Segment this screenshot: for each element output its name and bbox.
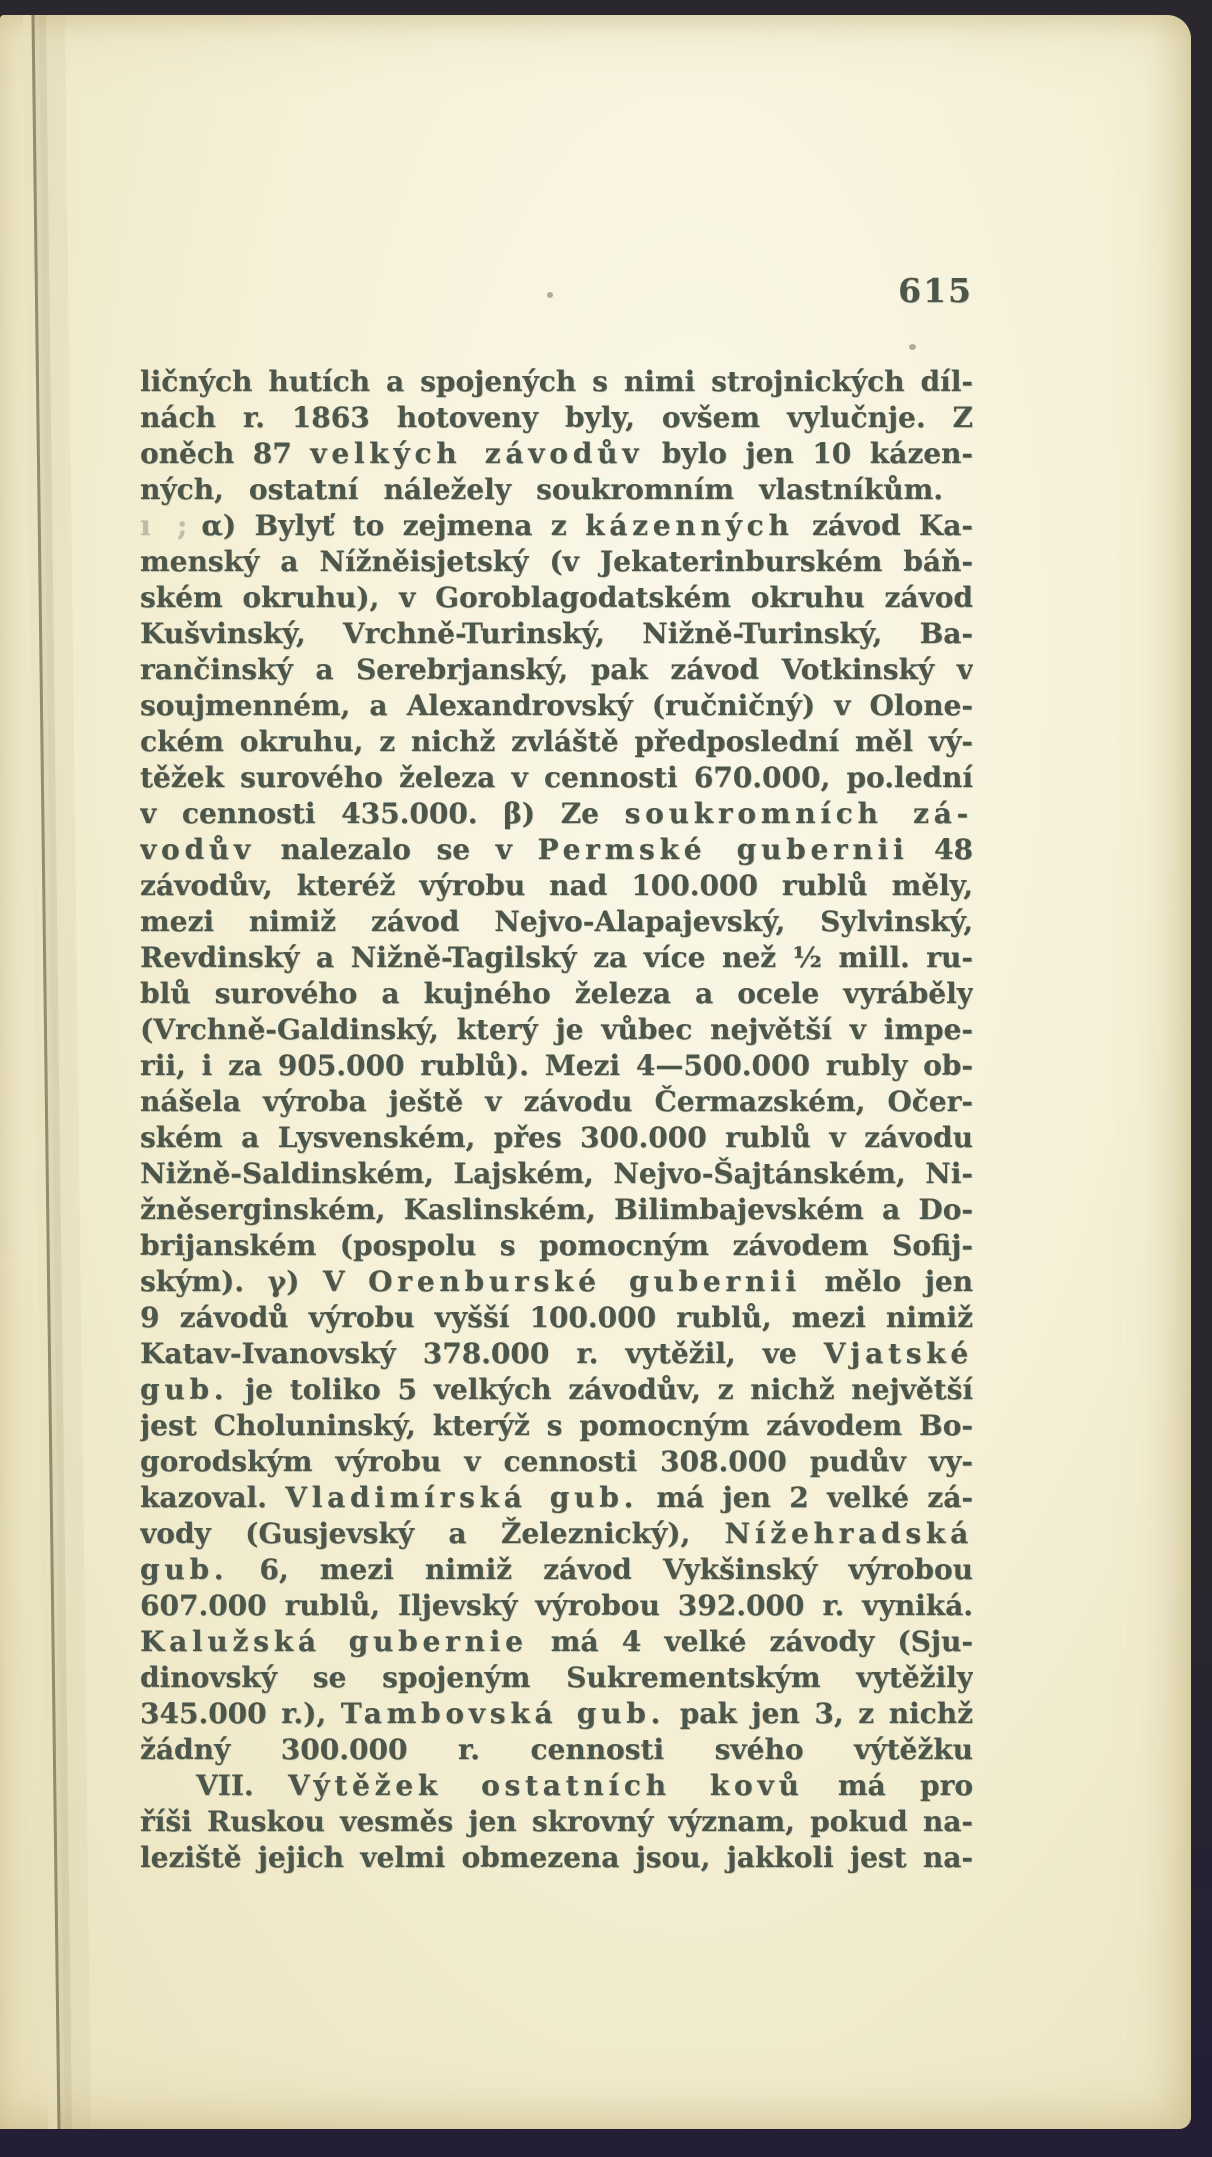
text-block: ličných hutích a spojených s nimi strojn… xyxy=(140,364,973,1876)
text-segment: Revdinský a Nižně-Tagilský za více než ½… xyxy=(140,941,973,974)
text-segment: těžek surového železa v cennosti 670.000… xyxy=(140,761,973,794)
text-segment: ským). γ) V xyxy=(140,1265,368,1298)
text-segment: VII. xyxy=(196,1769,288,1802)
text-line: brijanském (pospolu s pomocným závodem S… xyxy=(140,1228,973,1264)
text-line: dinovský se spojeným Sukrementským vytěž… xyxy=(140,1660,973,1696)
text-segment: závod Ka- xyxy=(794,509,973,542)
text-line: (Vrchně-Galdinský, který je vůbec největ… xyxy=(140,1012,973,1048)
text-line: Revdinský a Nižně-Tagilský za více než ½… xyxy=(140,940,973,976)
letterspaced-text: velkých závodův xyxy=(310,437,643,470)
text-line: gub. 6, mezi nimiž závod Vykšinský výrob… xyxy=(140,1552,973,1588)
text-line: jest Choluninský, kterýž s pomocným závo… xyxy=(140,1408,973,1444)
text-line: Kušvinský, Vrchně-Turinský, Nižně-Turins… xyxy=(140,616,973,652)
text-line: oněch 87 velkých závodův bylo jen 10 káz… xyxy=(140,436,973,472)
print-artifact: ı ; xyxy=(140,509,191,542)
text-segment: 9 závodů výrobu vyšší 100.000 rublů, mez… xyxy=(140,1301,973,1334)
text-segment: mezi nimiž závod Nejvo-Alapajevský, Sylv… xyxy=(140,905,973,938)
text-line: ı ;α) Bylyť to zejmena z kázenných závod… xyxy=(140,508,973,544)
text-segment: 48 xyxy=(908,833,973,866)
letterspaced-text: Vladimírská gub. xyxy=(285,1481,638,1514)
text-segment: Kušvinský, Vrchně-Turinský, Nižně-Turins… xyxy=(140,617,973,650)
letterspaced-text: Permské gubernii xyxy=(538,833,909,866)
text-segment: jest Choluninský, kterýž s pomocným závo… xyxy=(140,1409,973,1442)
text-segment: blů surového a kujného železa a ocele vy… xyxy=(140,977,973,1010)
paper-speck xyxy=(909,344,916,350)
text-segment: ském okruhu), v Goroblagodatském okruhu … xyxy=(140,581,973,614)
text-segment: pak jen 3, z nichž xyxy=(665,1697,973,1730)
text-segment: rii, i za 905.000 rublů). Mezi 4—500.000… xyxy=(140,1049,973,1082)
text-line: Katav-Ivanovský 378.000 r. vytěžil, ve V… xyxy=(140,1336,973,1372)
text-segment: má jen 2 velké zá- xyxy=(638,1481,973,1514)
text-segment: bylo jen 10 kázen- xyxy=(643,437,973,470)
text-segment: Katav-Ivanovský 378.000 r. vytěžil, ve xyxy=(140,1337,824,1370)
text-line: nách r. 1863 hotoveny byly, ovšem vylučn… xyxy=(140,400,973,436)
text-segment: rančinský a Serebrjanský, pak závod Votk… xyxy=(140,653,973,686)
text-segment: α) Bylyť to zejmena z xyxy=(201,509,585,542)
paper-speck xyxy=(547,292,553,298)
text-segment: (Vrchně-Galdinský, který je vůbec největ… xyxy=(140,1013,973,1046)
text-segment: dinovský se spojeným Sukrementským vytěž… xyxy=(140,1661,973,1694)
letterspaced-text: kázenných xyxy=(585,509,794,542)
text-segment: ných, ostatní náležely soukromním vlastn… xyxy=(140,473,943,506)
text-line: mezi nimiž závod Nejvo-Alapajevský, Sylv… xyxy=(140,904,973,940)
text-line: říši Ruskou vesměs jen skrovný význam, p… xyxy=(140,1804,973,1840)
text-segment: mělo jen xyxy=(801,1265,973,1298)
letterspaced-text: Nížehradská xyxy=(725,1517,973,1550)
text-segment: 607.000 rublů, Iljevský výrobou 392.000 … xyxy=(140,1589,973,1622)
text-segment: ličných hutích a spojených s nimi strojn… xyxy=(140,365,973,398)
text-segment: žádný 300.000 r. cennosti svého výtěžku … xyxy=(140,1733,973,1768)
text-line: Nižně-Saldinském, Lajském, Nejvo-Šajtáns… xyxy=(140,1156,973,1192)
letterspaced-text: gub. xyxy=(140,1373,228,1406)
text-line: žněserginském, Kaslinském, Bilimbajevské… xyxy=(140,1192,973,1228)
text-segment: brijanském (pospolu s pomocným závodem S… xyxy=(140,1229,973,1262)
text-segment: říši Ruskou vesměs jen skrovný význam, p… xyxy=(140,1805,973,1838)
text-line: menský a Nížněisjetský (v Jekaterinbursk… xyxy=(140,544,973,580)
text-line: ském okruhu), v Goroblagodatském okruhu … xyxy=(140,580,973,616)
text-line: kazoval. Vladimírská gub. má jen 2 velké… xyxy=(140,1480,973,1516)
text-segment: menský a Nížněisjetský (v Jekaterinbursk… xyxy=(140,545,973,578)
text-segment: v cennosti 435.000. β) Ze xyxy=(140,797,625,830)
text-segment: soujmenném, a Alexandrovský (ručničný) v… xyxy=(140,689,973,722)
letterspaced-text: vodův xyxy=(140,833,255,866)
text-segment: závodův, kteréž výrobu nad 100.000 rublů… xyxy=(140,869,973,902)
text-line: rančinský a Serebrjanský, pak závod Votk… xyxy=(140,652,973,688)
text-line: Kalužská gubernie má 4 velké závody (Sju… xyxy=(140,1624,973,1660)
letterspaced-text: Vjatské xyxy=(824,1337,973,1370)
scanned-book-page: { "colors": { "paper": "#f5f0d6", "paper… xyxy=(0,0,1212,2157)
text-line: blů surového a kujného železa a ocele vy… xyxy=(140,976,973,1012)
text-line: VII. Výtěžek ostatních kovů má pro xyxy=(140,1768,973,1804)
text-segment: 6, mezi nimiž závod Vykšinský výrobou xyxy=(228,1553,973,1586)
text-segment: gorodským výrobu v cennosti 308.000 pudů… xyxy=(140,1445,973,1478)
text-segment: oněch 87 xyxy=(140,437,310,470)
text-segment: Nižně-Saldinském, Lajském, Nejvo-Šajtáns… xyxy=(140,1157,973,1190)
text-line: závodův, kteréž výrobu nad 100.000 rublů… xyxy=(140,868,973,904)
text-line: ském a Lysvenském, přes 300.000 rublů v … xyxy=(140,1120,973,1156)
text-line: leziště jejich velmi obmezena jsou, jakk… xyxy=(140,1840,973,1876)
text-line: gub. je toliko 5 velkých závodův, z nich… xyxy=(140,1372,973,1408)
text-line: těžek surového železa v cennosti 670.000… xyxy=(140,760,973,796)
book-page-paper: 615 ličných hutích a spojených s nimi st… xyxy=(0,15,1191,2129)
letterspaced-text: Kalužská gubernie xyxy=(140,1625,528,1658)
text-segment: nách r. 1863 hotoveny byly, ovšem vylučn… xyxy=(140,401,973,434)
text-line: nášela výroba ještě v závodu Čermazském,… xyxy=(140,1084,973,1120)
text-line: rii, i za 905.000 rublů). Mezi 4—500.000… xyxy=(140,1048,973,1084)
text-line: gorodským výrobu v cennosti 308.000 pudů… xyxy=(140,1444,973,1480)
page-number: 615 xyxy=(140,271,983,310)
text-segment: kazoval. xyxy=(140,1481,285,1514)
text-line: ných, ostatní náležely soukromním vlastn… xyxy=(140,472,973,508)
text-line: 9 závodů výrobu vyšší 100.000 rublů, mez… xyxy=(140,1300,973,1336)
text-segment: nášela výroba ještě v závodu Čermazském,… xyxy=(140,1085,973,1118)
text-segment: je toliko 5 velkých závodův, z nichž nej… xyxy=(228,1373,973,1406)
letterspaced-text: Orenburské gubernii xyxy=(368,1265,801,1298)
text-line: v cennosti 435.000. β) Ze soukromních zá… xyxy=(140,796,973,832)
text-segment: ském a Lysvenském, přes 300.000 rublů v … xyxy=(140,1121,973,1154)
text-segment: leziště jejich velmi obmezena jsou, jakk… xyxy=(140,1841,973,1874)
text-line: ckém okruhu, z nichž zvláště předposledn… xyxy=(140,724,973,760)
text-line: 607.000 rublů, Iljevský výrobou 392.000 … xyxy=(140,1588,973,1624)
letterspaced-text: soukromních zá- xyxy=(625,797,973,830)
text-line: 345.000 r.), Tambovská gub. pak jen 3, z… xyxy=(140,1696,973,1732)
text-line: vody (Gusjevský a Železnický), Nížehrads… xyxy=(140,1516,973,1552)
letterspaced-text: Tambovská gub. xyxy=(341,1697,665,1730)
text-line: žádný 300.000 r. cennosti svého výtěžku … xyxy=(140,1732,973,1768)
letterspaced-text: gub. xyxy=(140,1553,228,1586)
text-segment: žněserginském, Kaslinském, Bilimbajevské… xyxy=(140,1193,973,1226)
text-segment: má pro xyxy=(804,1769,973,1802)
text-segment: ckém okruhu, z nichž zvláště předposledn… xyxy=(140,725,973,758)
text-segment: vody (Gusjevský a Železnický), xyxy=(140,1517,725,1550)
text-line: ličných hutích a spojených s nimi strojn… xyxy=(140,364,973,400)
text-segment: 345.000 r.), xyxy=(140,1697,341,1730)
text-line: ským). γ) V Orenburské gubernii mělo jen xyxy=(140,1264,973,1300)
letterspaced-text: Výtěžek ostatních kovů xyxy=(288,1769,804,1802)
text-line: soujmenném, a Alexandrovský (ručničný) v… xyxy=(140,688,973,724)
text-segment: nalezalo se v xyxy=(255,833,538,866)
text-line: vodův nalezalo se v Permské gubernii 48 xyxy=(140,832,973,868)
text-segment: má 4 velké závody (Sju- xyxy=(528,1625,973,1658)
